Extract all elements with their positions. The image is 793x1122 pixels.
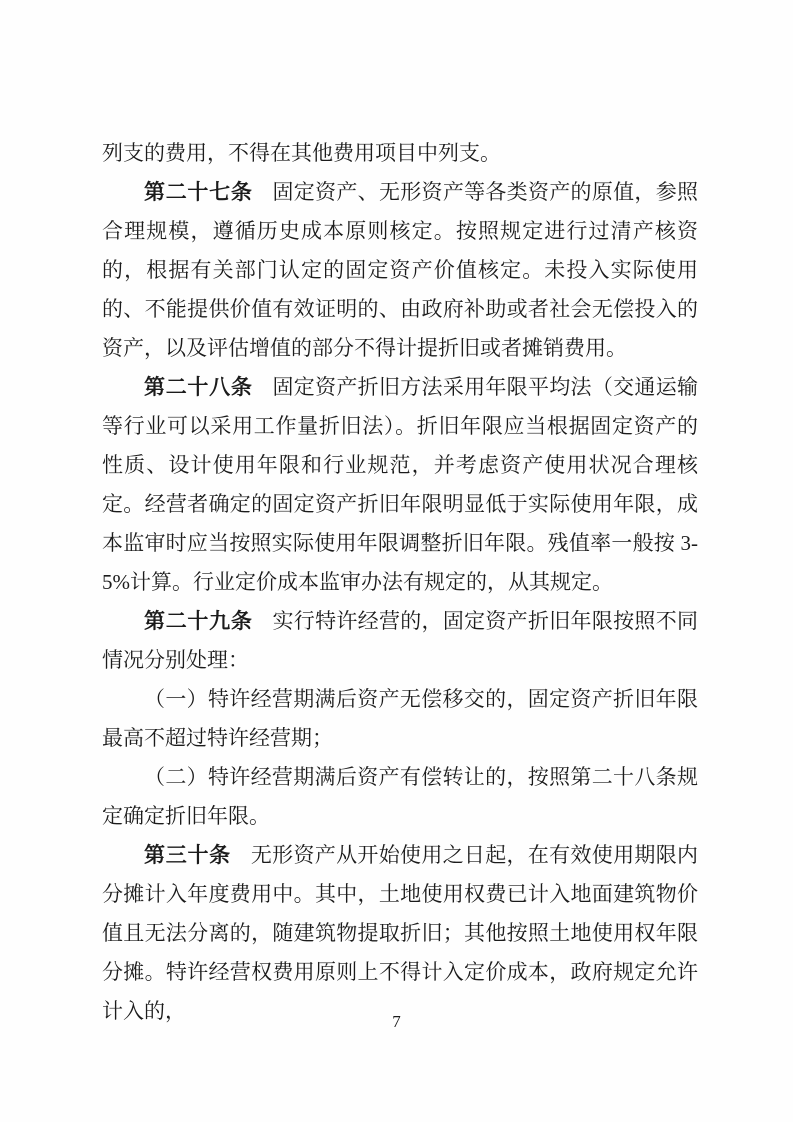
article-29-heading: 第二十九条 bbox=[144, 610, 253, 633]
paragraph-continuation: 列支的费用，不得在其他费用项目中列支。 bbox=[102, 134, 698, 173]
document-body: 列支的费用，不得在其他费用项目中列支。 第二十七条固定资产、无形资产等各类资产的… bbox=[102, 134, 698, 1031]
article-28-text: 固定资产折旧方法采用年限平均法（交通运输等行业可以采用工作量折旧法）。折旧年限应… bbox=[102, 375, 698, 594]
article-30-text: 无形资产从开始使用之日起，在有效使用期限内分摊计入年度费用中。其中，土地使用权费… bbox=[102, 843, 698, 1023]
article-29-item-1: （一）特许经营期满后资产无偿移交的，固定资产折旧年限最高不超过特许经营期； bbox=[102, 680, 698, 758]
article-27: 第二十七条固定资产、无形资产等各类资产的原值，参照合理规模，遵循历史成本原则核定… bbox=[102, 173, 698, 368]
paragraph-text: 列支的费用，不得在其他费用项目中列支。 bbox=[102, 141, 501, 165]
article-29: 第二十九条实行特许经营的，固定资产折旧年限按照不同情况分别处理： bbox=[102, 602, 698, 680]
article-30-heading: 第三十条 bbox=[144, 844, 231, 867]
article-27-text: 固定资产、无形资产等各类资产的原值，参照合理规模，遵循历史成本原则核定。按照规定… bbox=[102, 180, 698, 360]
document-page: 列支的费用，不得在其他费用项目中列支。 第二十七条固定资产、无形资产等各类资产的… bbox=[0, 0, 793, 1122]
article-28: 第二十八条固定资产折旧方法采用年限平均法（交通运输等行业可以采用工作量折旧法）。… bbox=[102, 368, 698, 602]
page-number: 7 bbox=[0, 1012, 793, 1032]
article-27-heading: 第二十七条 bbox=[144, 181, 253, 204]
article-29-item-1-text: （一）特许经营期满后资产无偿移交的，固定资产折旧年限最高不超过特许经营期； bbox=[102, 687, 698, 750]
article-28-heading: 第二十八条 bbox=[144, 376, 253, 399]
article-30: 第三十条无形资产从开始使用之日起，在有效使用期限内分摊计入年度费用中。其中，土地… bbox=[102, 836, 698, 1031]
article-29-item-2-text: （二）特许经营期满后资产有偿转让的，按照第二十八条规定确定折旧年限。 bbox=[102, 765, 698, 828]
article-29-item-2: （二）特许经营期满后资产有偿转让的，按照第二十八条规定确定折旧年限。 bbox=[102, 758, 698, 836]
